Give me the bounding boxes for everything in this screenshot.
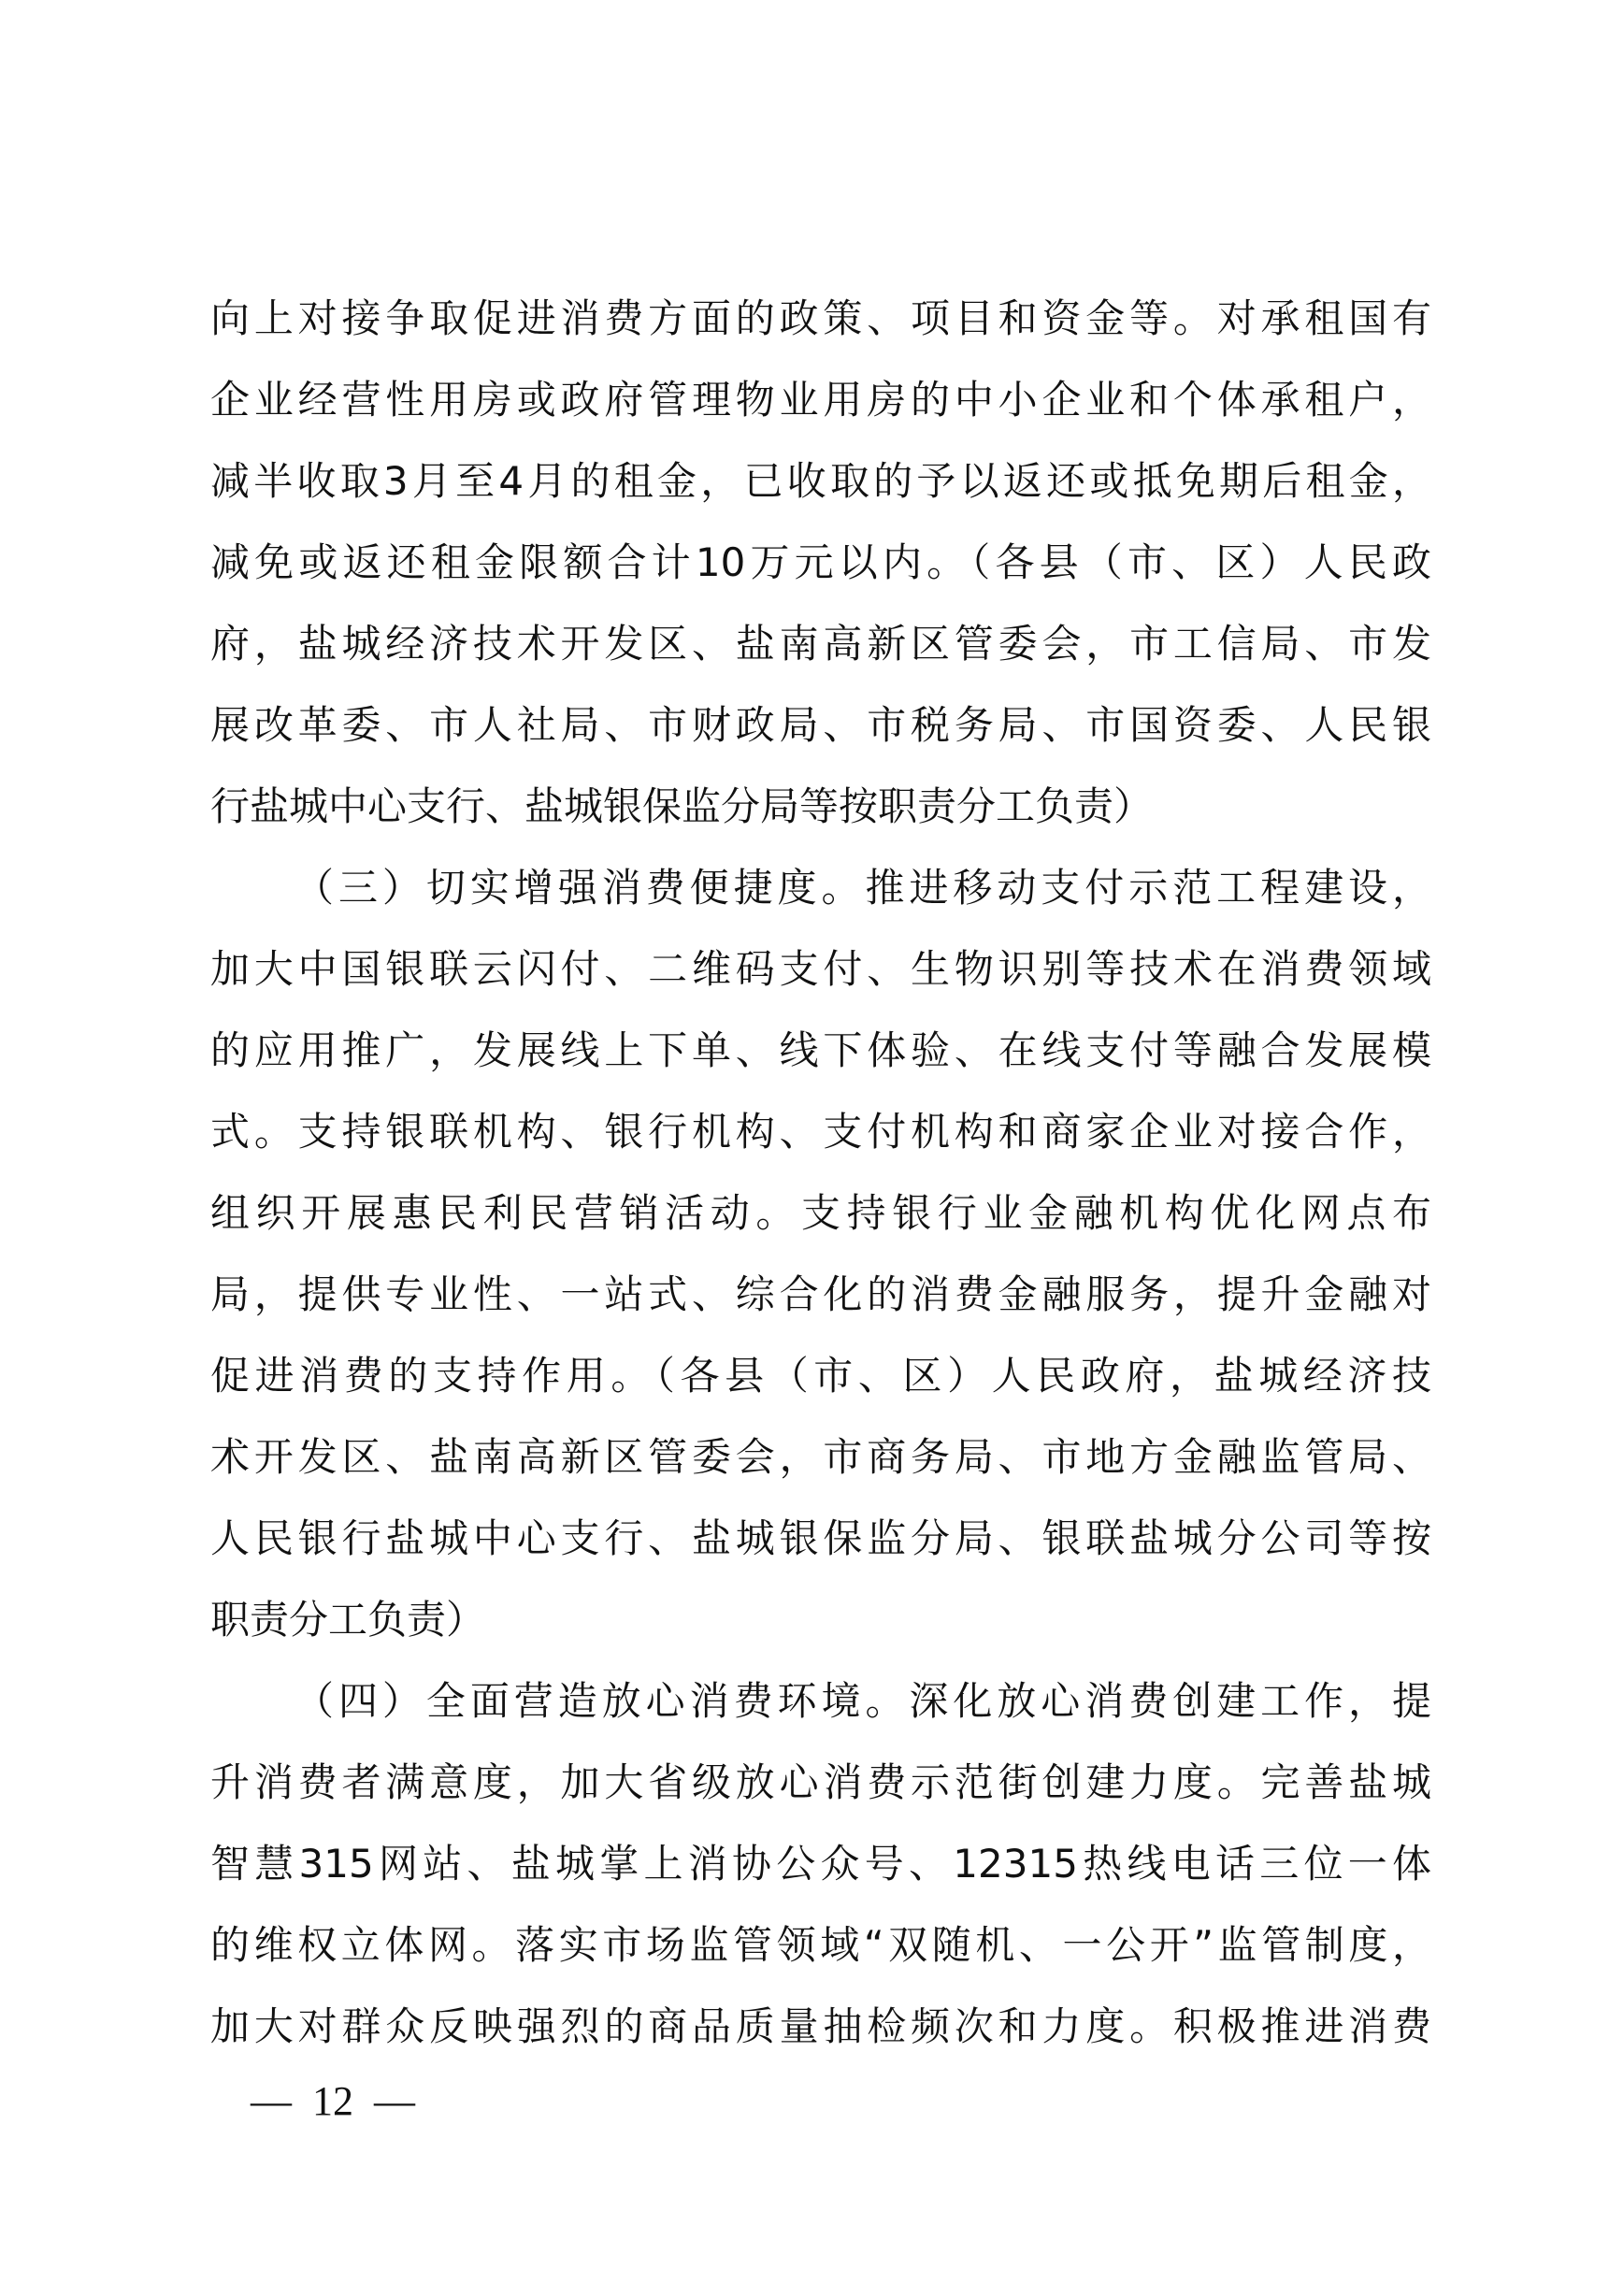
text-line: 府，盐城经济技术开发区、盐南高新区管委会，市工信局、市发 <box>210 616 1431 672</box>
text-line: 展改革委、市人社局、市财政局、市税务局、市国资委、人民银 <box>210 697 1431 753</box>
text-line: 减半收取3月至4月的租金，已收取的予以返还或抵免期后租金， <box>210 453 1431 509</box>
text-line: 职责分工负责） <box>210 1592 1431 1648</box>
page-number: — 12 — <box>251 2074 415 2130</box>
text-line: 企业经营性用房或政府管理物业用房的中小企业和个体承租户， <box>210 372 1431 428</box>
section-heading-line: （三）切实增强消费便捷度。推进移动支付示范工程建设， <box>294 860 1431 916</box>
document-page: 向上对接争取促进消费方面的政策、项目和资金等。对承租国有 企业经营性用房或政府管… <box>0 0 1623 2296</box>
text-line: 智慧315网站、盐城掌上消协公众号、12315热线电话三位一体 <box>210 1836 1431 1892</box>
text-line: 式。支持银联机构、银行机构、支付机构和商家企业对接合作， <box>210 1104 1431 1160</box>
text-line: 加大中国银联云闪付、二维码支付、生物识别等技术在消费领域 <box>210 941 1431 997</box>
text-line: 向上对接争取促进消费方面的政策、项目和资金等。对承租国有 <box>210 291 1431 347</box>
text-line: 行盐城中心支行、盐城银保监分局等按职责分工负责） <box>210 779 1431 835</box>
text-line: 促进消费的支持作用。（各县（市、区）人民政府，盐城经济技 <box>210 1348 1431 1404</box>
text-line: 的应用推广，发展线上下单、线下体验、在线支付等融合发展模 <box>210 1023 1431 1079</box>
text-line: 的维权立体网。落实市场监管领域“双随机、一公开”监管制度， <box>210 1917 1431 1973</box>
text-line: 加大对群众反映强烈的商品质量抽检频次和力度。积极推进消费 <box>210 1999 1431 2055</box>
section-heading-line: （四）全面营造放心消费环境。深化放心消费创建工作，提 <box>294 1673 1431 1729</box>
text-line: 局，提供专业性、一站式、综合化的消费金融服务，提升金融对 <box>210 1267 1431 1323</box>
text-line: 组织开展惠民利民营销活动。支持银行业金融机构优化网点布 <box>210 1185 1431 1241</box>
text-line: 升消费者满意度，加大省级放心消费示范街创建力度。完善盐城 <box>210 1755 1431 1811</box>
text-line: 人民银行盐城中心支行、盐城银保监分局、银联盐城分公司等按 <box>210 1511 1431 1567</box>
text-line: 术开发区、盐南高新区管委会，市商务局、市地方金融监管局、 <box>210 1429 1431 1485</box>
text-line: 减免或返还租金限额合计10万元以内。（各县（市、区）人民政 <box>210 535 1431 591</box>
